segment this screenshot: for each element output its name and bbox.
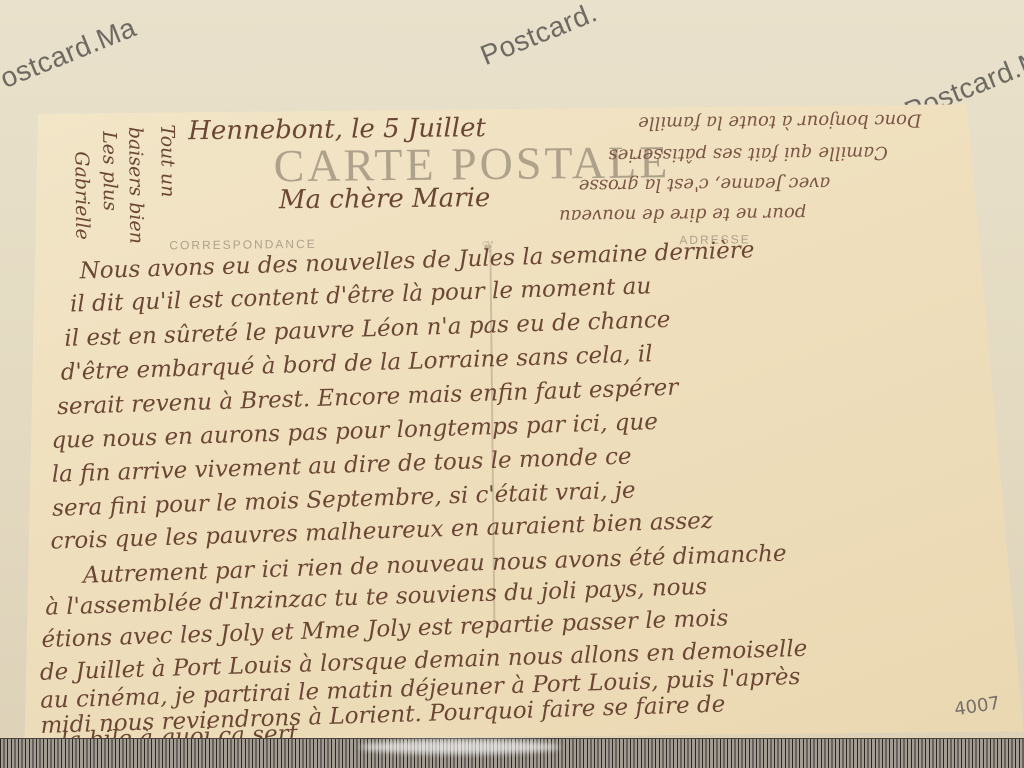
upside-down-line: Donc bonjour à toute la famille xyxy=(638,111,921,132)
watermark-left: Postcard.Ma xyxy=(0,11,141,102)
margin-line: Gabrielle xyxy=(71,151,91,240)
watermark-center: Postcard. xyxy=(476,0,602,72)
upside-down-line: Camille qui fait ses pâtisseries xyxy=(608,143,888,164)
postcard: CARTE POSTALE CORRESPONDANCE ADRESSE ❦ G… xyxy=(18,103,1024,741)
margin-line: baisers bien xyxy=(125,127,145,244)
margin-line: Les plus xyxy=(99,131,119,211)
upside-down-line: pour ne te dire de nouveau xyxy=(559,204,806,225)
letter-salutation: Ma chère Marie xyxy=(279,185,491,213)
pencil-inventory-number: 4007 xyxy=(953,693,1001,721)
printed-label-correspondance: CORRESPONDANCE xyxy=(169,237,316,253)
ruler-glare xyxy=(360,740,560,754)
photo-scene: Postcard.Ma Postcard. Postcard.Ma CARTE … xyxy=(0,0,1024,768)
margin-line: Tout un xyxy=(157,124,177,197)
letter-dateline: Hennebont, le 5 Juillet xyxy=(188,115,486,144)
upside-down-line: avec Jeanne, c'est la grosse xyxy=(579,173,831,194)
